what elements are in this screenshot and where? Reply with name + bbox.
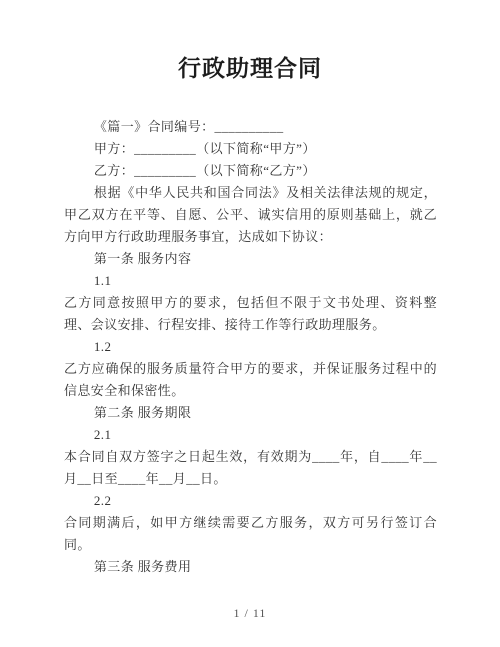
paragraph: 乙方同意按照甲方的要求，包括但不限于文书处理、资料整理、会议安排、行程安排、接待… — [64, 292, 437, 336]
paragraph: 乙方应确保的服务质量符合甲方的要求，并保证服务过程中的信息安全和保密性。 — [64, 358, 437, 402]
paragraph: 甲方：_________（以下简称“甲方”） — [64, 138, 437, 160]
paragraph: 1.2 — [64, 336, 437, 358]
paragraph: 《篇一》合同编号：__________ — [64, 116, 437, 138]
paragraph: 根据《中华人民共和国合同法》及相关法律法规的规定，甲乙双方在平等、自愿、公平、诚… — [64, 182, 437, 248]
paragraph: 第三条 服务费用 — [64, 556, 437, 578]
paragraph: 本合同自双方签字之日起生效，有效期为____年，自____年__月__日至___… — [64, 446, 437, 490]
page-number-indicator: 1 / 11 — [0, 606, 500, 621]
paragraph: 合同期满后，如甲方继续需要乙方服务，双方可另行签订合同。 — [64, 512, 437, 556]
paragraph: 乙方：_________（以下简称“乙方”） — [64, 160, 437, 182]
paragraph: 2.1 — [64, 424, 437, 446]
document-body: 《篇一》合同编号：__________甲方：_________（以下简称“甲方”… — [0, 116, 500, 578]
paragraph: 第一条 服务内容 — [64, 248, 437, 270]
document-title: 行政助理合同 — [0, 54, 500, 84]
paragraph: 第二条 服务期限 — [64, 402, 437, 424]
paragraph: 2.2 — [64, 490, 437, 512]
paragraph: 1.1 — [64, 270, 437, 292]
document-page: 行政助理合同 《篇一》合同编号：__________甲方：_________（以… — [0, 0, 500, 647]
